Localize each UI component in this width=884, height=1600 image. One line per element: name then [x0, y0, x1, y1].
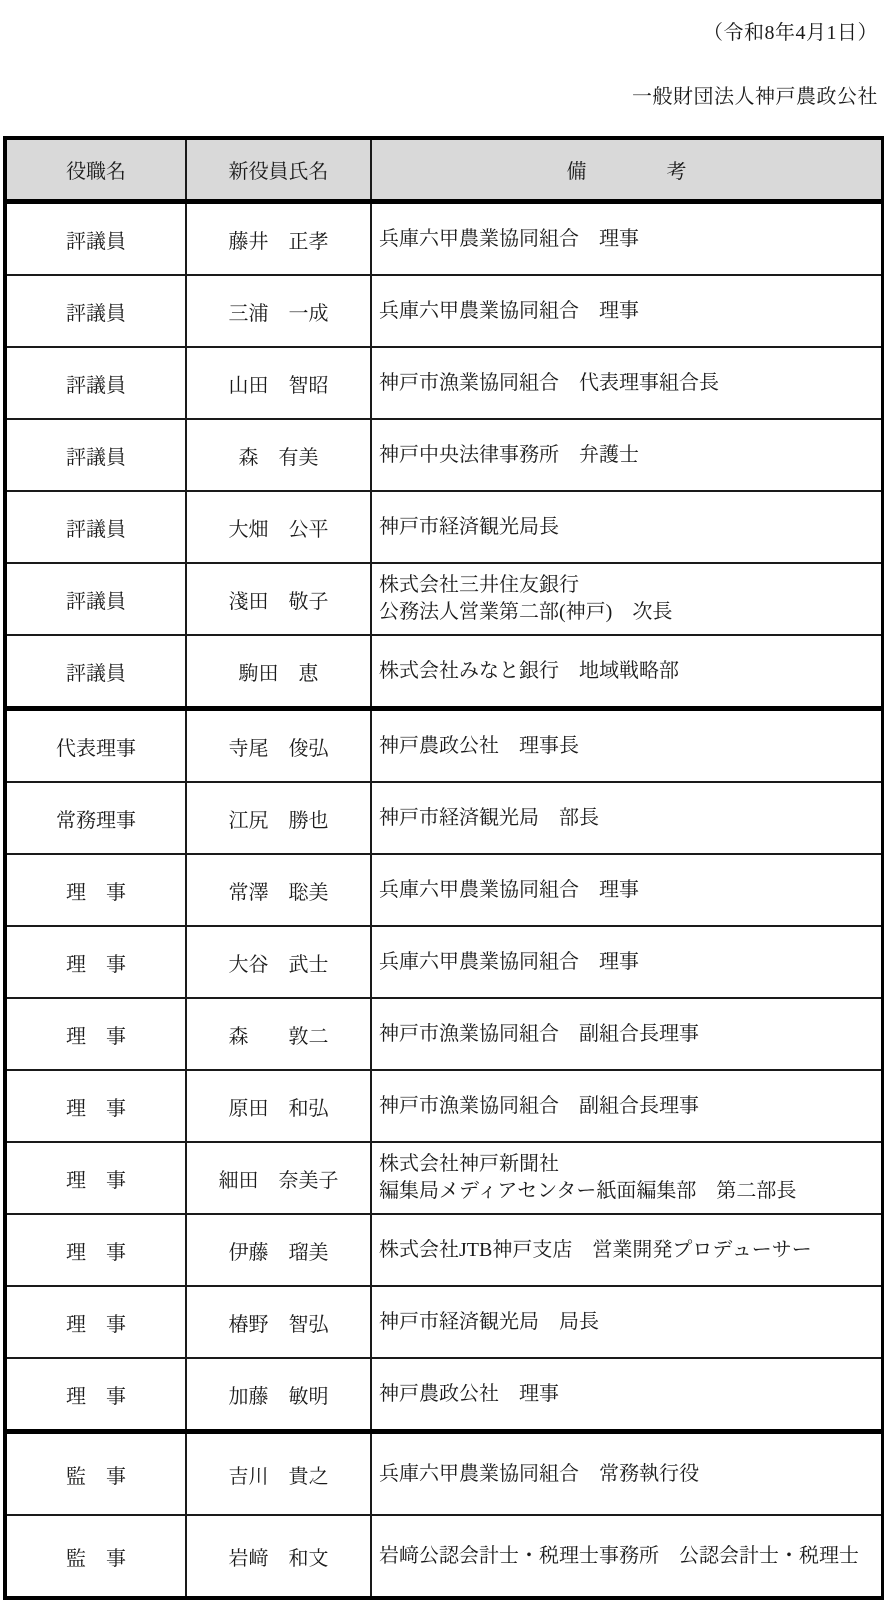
position-cell: 理 事: [5, 1214, 186, 1286]
officer-name-cell: 駒田 恵: [186, 635, 371, 709]
officer-name-cell: 江尻 勝也: [186, 782, 371, 854]
officer-name-cell: 常澤 聡美: [186, 854, 371, 926]
organization-name: 一般財団法人神戸農政公社: [3, 84, 878, 110]
table-row: 理 事森 敦二神戸市漁業協同組合 副組合長理事: [5, 998, 883, 1070]
table-row: 理 事細田 奈美子株式会社神戸新聞社編集局メディアセンター紙面編集部 第二部長: [5, 1142, 883, 1214]
remarks-cell: 神戸市漁業協同組合 副組合長理事: [371, 1070, 883, 1142]
table-row: 理 事原田 和弘神戸市漁業協同組合 副組合長理事: [5, 1070, 883, 1142]
table-row: 評議員藤井 正孝兵庫六甲農業協同組合 理事: [5, 202, 883, 276]
position-cell: 評議員: [5, 635, 186, 709]
officer-name-cell: 加藤 敏明: [186, 1358, 371, 1432]
officer-name-cell: 三浦 一成: [186, 275, 371, 347]
table-row: 評議員淺田 敬子株式会社三井住友銀行公務法人営業第二部(神戸) 次長: [5, 563, 883, 635]
table-row: 理 事伊藤 瑠美株式会社JTB神戸支店 営業開発プロデューサー: [5, 1214, 883, 1286]
officer-name-cell: 大谷 武士: [186, 926, 371, 998]
position-cell: 理 事: [5, 998, 186, 1070]
position-cell: 理 事: [5, 1070, 186, 1142]
position-cell: 理 事: [5, 1358, 186, 1432]
officer-name-cell: 藤井 正孝: [186, 202, 371, 276]
remarks-cell: 神戸市経済観光局 部長: [371, 782, 883, 854]
remarks-cell: 兵庫六甲農業協同組合 理事: [371, 202, 883, 276]
officer-name-cell: 寺尾 俊弘: [186, 709, 371, 783]
table-row: 理 事大谷 武士兵庫六甲農業協同組合 理事: [5, 926, 883, 998]
header-position: 役職名: [5, 138, 186, 202]
table-row: 評議員森 有美神戸中央法律事務所 弁護士: [5, 419, 883, 491]
table-row: 理 事加藤 敏明神戸農政公社 理事: [5, 1358, 883, 1432]
position-cell: 評議員: [5, 491, 186, 563]
position-cell: 評議員: [5, 202, 186, 276]
position-cell: 理 事: [5, 854, 186, 926]
officer-name-cell: 椿野 智弘: [186, 1286, 371, 1358]
table-header: 役職名 新役員氏名 備 考: [5, 138, 883, 202]
document-date: （令和8年4月1日）: [3, 20, 878, 46]
position-cell: 理 事: [5, 1286, 186, 1358]
table-row: 理 事常澤 聡美兵庫六甲農業協同組合 理事: [5, 854, 883, 926]
remarks-cell: 神戸市経済観光局長: [371, 491, 883, 563]
officer-name-cell: 森 敦二: [186, 998, 371, 1070]
remarks-cell: 株式会社神戸新聞社編集局メディアセンター紙面編集部 第二部長: [371, 1142, 883, 1214]
officer-name-cell: 原田 和弘: [186, 1070, 371, 1142]
remarks-cell: 神戸市経済観光局 局長: [371, 1286, 883, 1358]
table-row: 評議員山田 智昭神戸市漁業協同組合 代表理事組合長: [5, 347, 883, 419]
officer-name-cell: 大畑 公平: [186, 491, 371, 563]
position-cell: 評議員: [5, 563, 186, 635]
remarks-cell: 岩﨑公認会計士・税理士事務所 公認会計士・税理士: [371, 1515, 883, 1598]
document-page: （令和8年4月1日） 一般財団法人神戸農政公社 役職名 新役員氏名 備 考 評議…: [0, 0, 884, 1600]
officer-name-cell: 伊藤 瑠美: [186, 1214, 371, 1286]
header-row: 役職名 新役員氏名 備 考: [5, 138, 883, 202]
remarks-cell: 株式会社三井住友銀行公務法人営業第二部(神戸) 次長: [371, 563, 883, 635]
remarks-cell: 株式会社みなと銀行 地域戦略部: [371, 635, 883, 709]
position-cell: 代表理事: [5, 709, 186, 783]
table-body: 評議員藤井 正孝兵庫六甲農業協同組合 理事評議員三浦 一成兵庫六甲農業協同組合 …: [5, 202, 883, 1599]
header-officer-name: 新役員氏名: [186, 138, 371, 202]
table-row: 監 事岩﨑 和文岩﨑公認会計士・税理士事務所 公認会計士・税理士: [5, 1515, 883, 1598]
position-cell: 理 事: [5, 1142, 186, 1214]
remarks-cell: 神戸中央法律事務所 弁護士: [371, 419, 883, 491]
officers-table: 役職名 新役員氏名 備 考 評議員藤井 正孝兵庫六甲農業協同組合 理事評議員三浦…: [3, 136, 884, 1600]
position-cell: 評議員: [5, 275, 186, 347]
table-row: 監 事吉川 貴之兵庫六甲農業協同組合 常務執行役: [5, 1432, 883, 1516]
officer-name-cell: 森 有美: [186, 419, 371, 491]
document-meta: （令和8年4月1日） 一般財団法人神戸農政公社: [3, 20, 881, 110]
officer-name-cell: 山田 智昭: [186, 347, 371, 419]
remarks-cell: 兵庫六甲農業協同組合 常務執行役: [371, 1432, 883, 1516]
officer-name-cell: 細田 奈美子: [186, 1142, 371, 1214]
position-cell: 監 事: [5, 1432, 186, 1516]
officer-name-cell: 吉川 貴之: [186, 1432, 371, 1516]
table-row: 代表理事寺尾 俊弘神戸農政公社 理事長: [5, 709, 883, 783]
table-row: 評議員駒田 恵株式会社みなと銀行 地域戦略部: [5, 635, 883, 709]
remarks-cell: 神戸農政公社 理事: [371, 1358, 883, 1432]
position-cell: 評議員: [5, 419, 186, 491]
position-cell: 評議員: [5, 347, 186, 419]
remarks-cell: 株式会社JTB神戸支店 営業開発プロデューサー: [371, 1214, 883, 1286]
remarks-cell: 兵庫六甲農業協同組合 理事: [371, 275, 883, 347]
remarks-cell: 神戸農政公社 理事長: [371, 709, 883, 783]
position-cell: 理 事: [5, 926, 186, 998]
table-row: 評議員大畑 公平神戸市経済観光局長: [5, 491, 883, 563]
table-row: 常務理事江尻 勝也神戸市経済観光局 部長: [5, 782, 883, 854]
position-cell: 常務理事: [5, 782, 186, 854]
table-row: 理 事椿野 智弘神戸市経済観光局 局長: [5, 1286, 883, 1358]
position-cell: 監 事: [5, 1515, 186, 1598]
officer-name-cell: 岩﨑 和文: [186, 1515, 371, 1598]
remarks-cell: 兵庫六甲農業協同組合 理事: [371, 854, 883, 926]
remarks-cell: 神戸市漁業協同組合 代表理事組合長: [371, 347, 883, 419]
officer-name-cell: 淺田 敬子: [186, 563, 371, 635]
header-remarks: 備 考: [371, 138, 883, 202]
remarks-cell: 兵庫六甲農業協同組合 理事: [371, 926, 883, 998]
table-row: 評議員三浦 一成兵庫六甲農業協同組合 理事: [5, 275, 883, 347]
remarks-cell: 神戸市漁業協同組合 副組合長理事: [371, 998, 883, 1070]
